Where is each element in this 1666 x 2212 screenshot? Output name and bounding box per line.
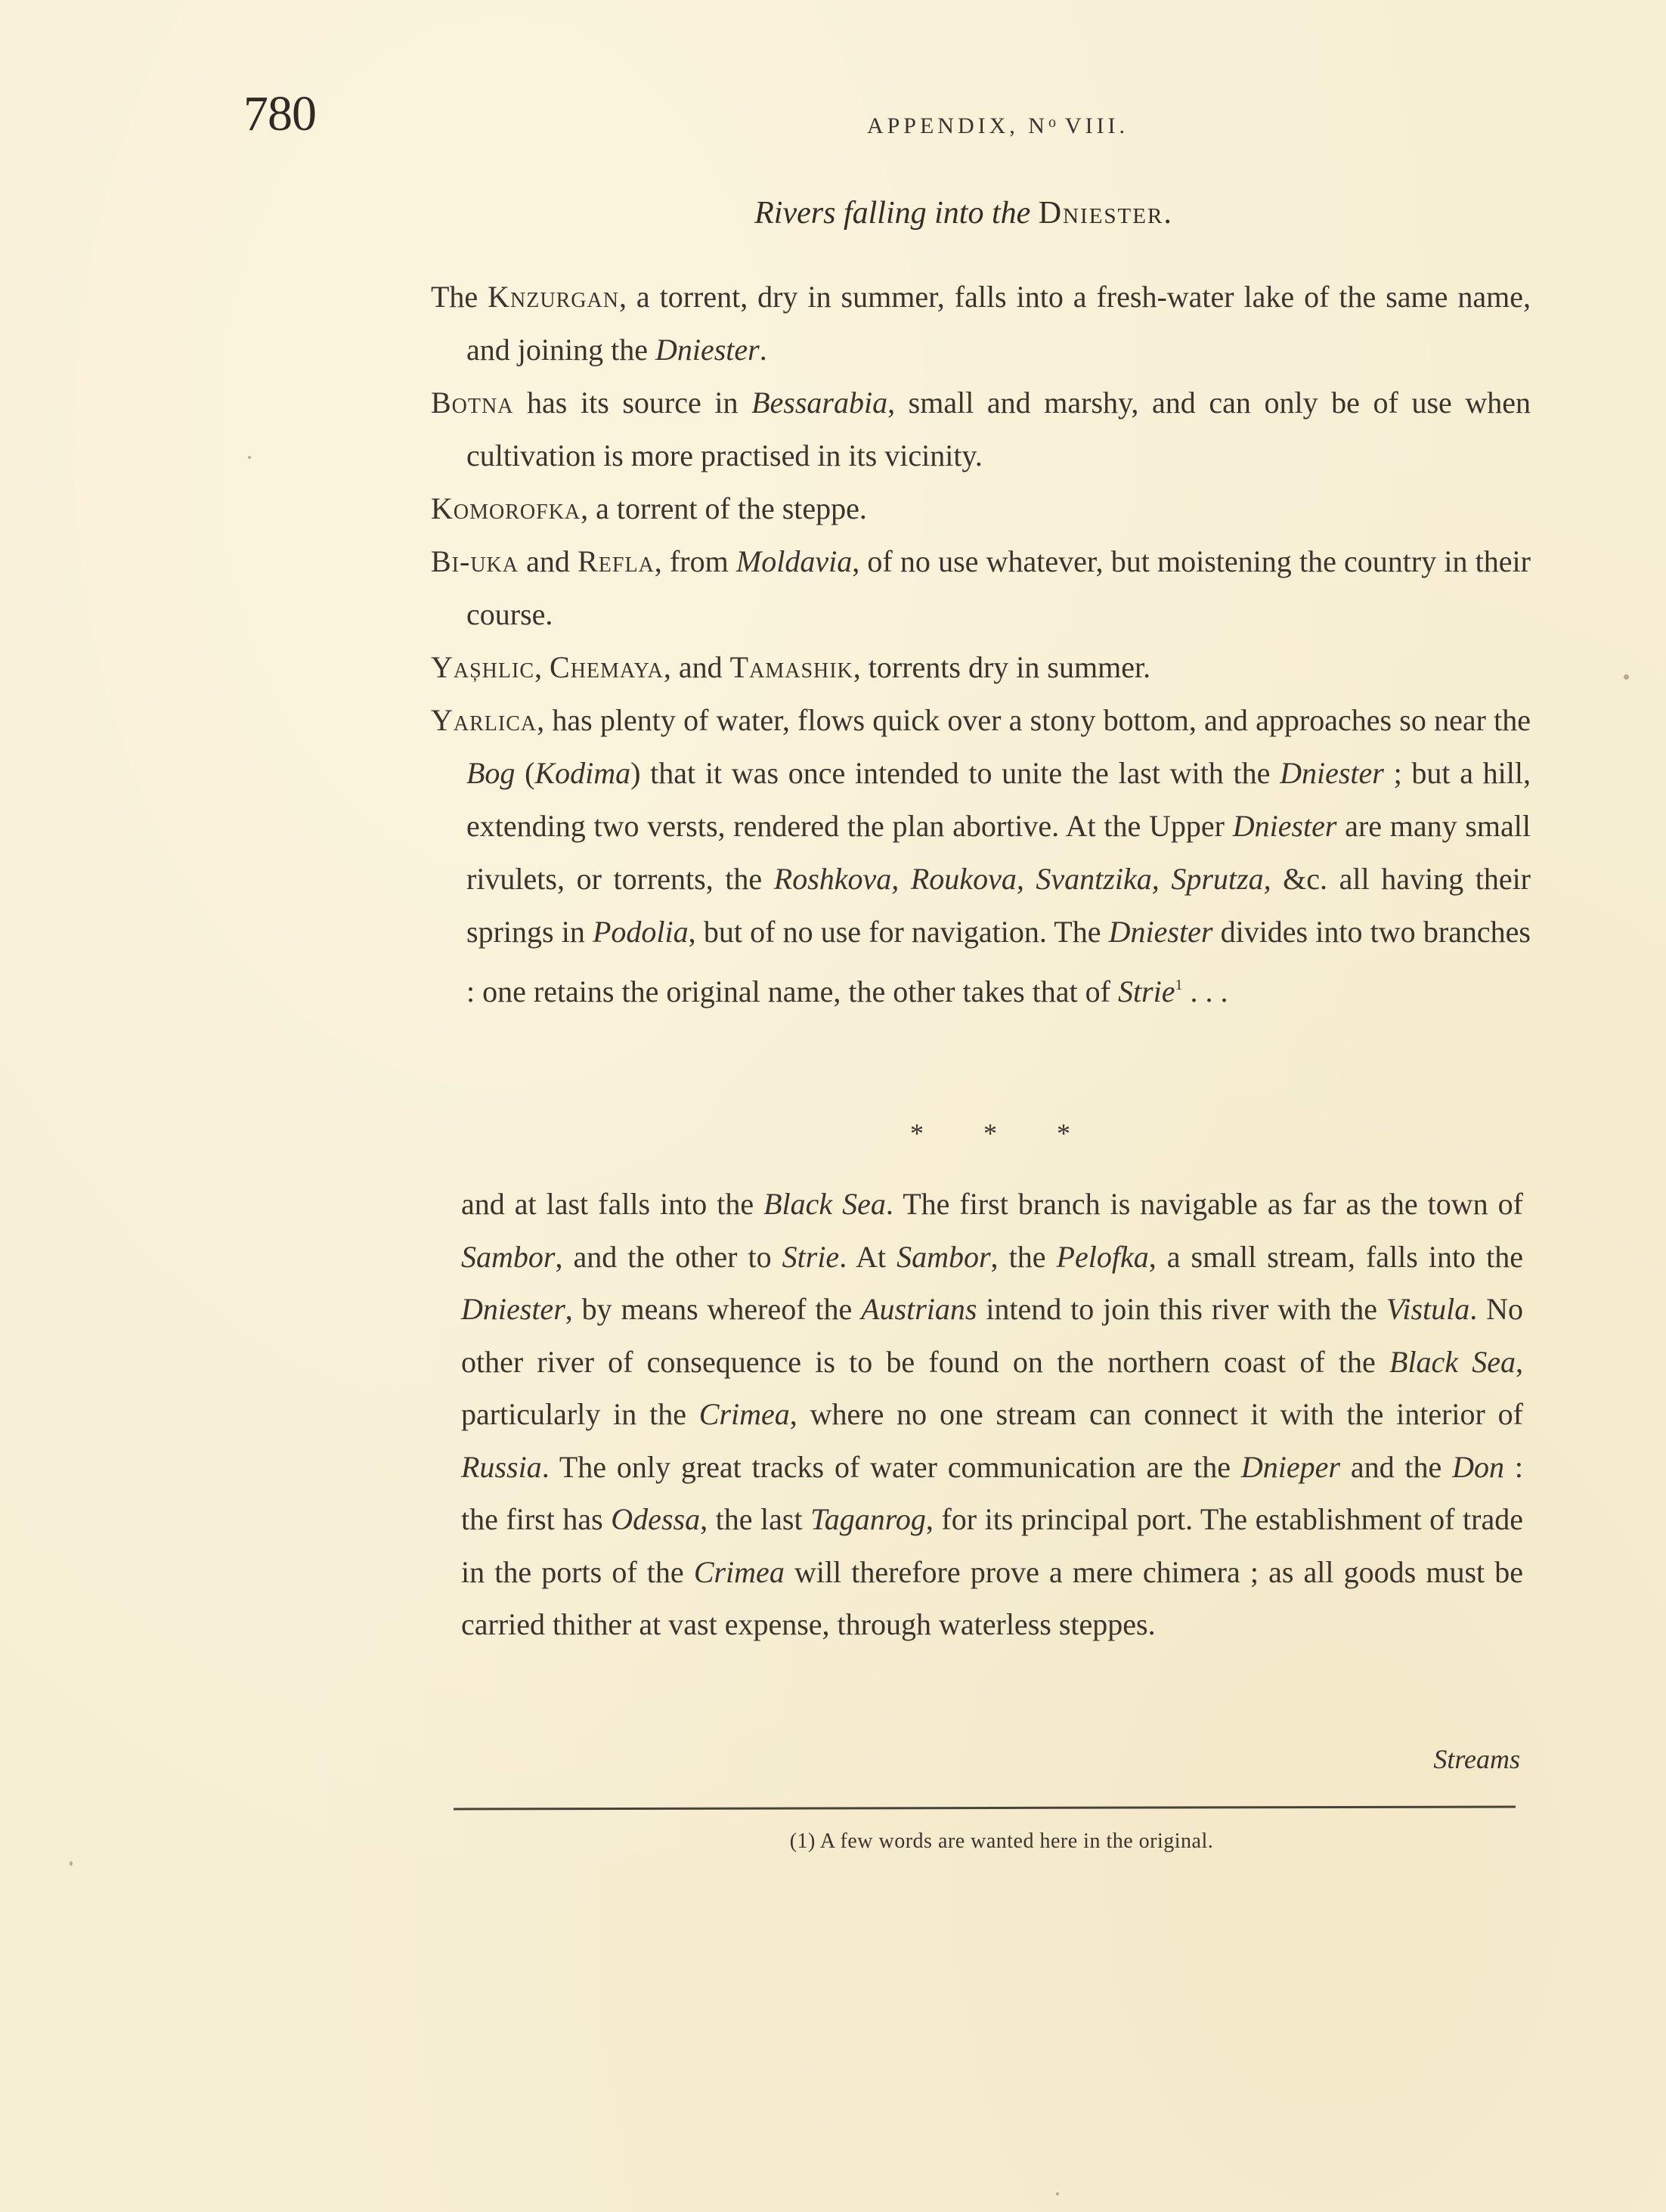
italic-name: Crimea xyxy=(699,1397,790,1431)
text-run: , but of no use for navigation. The xyxy=(689,915,1109,949)
italic-name: Odessa xyxy=(611,1502,700,1536)
italic-name: Moldavia xyxy=(736,544,852,578)
text-run: , from xyxy=(655,544,736,578)
italic-name: Roshkova, Roukova, Svantzika, Sprutza, xyxy=(774,862,1271,896)
text-run: , where no one stream can connect it wit… xyxy=(790,1397,1523,1431)
italic-name: Bog xyxy=(466,756,515,790)
paper-speck xyxy=(248,456,251,459)
river-name: Yașhlic xyxy=(431,650,534,684)
text-run: . xyxy=(760,333,767,367)
italic-name: Dniester xyxy=(1109,915,1213,949)
text-run: , a torrent, dry in summer, falls into a… xyxy=(466,280,1531,367)
text-run: has its source in xyxy=(513,386,751,420)
river-name: Knzurgan xyxy=(488,280,619,314)
river-entry: Komorofka, a torrent of the steppe. xyxy=(431,482,1531,535)
text-run: . At xyxy=(839,1240,896,1274)
river-entry: Yașhlic, Chemaya, and Tamashik, torrents… xyxy=(431,641,1531,694)
italic-name: Bessarabia xyxy=(751,386,887,420)
running-head-text: APPENDIX, N xyxy=(867,113,1048,138)
paper-speck xyxy=(1624,674,1629,680)
italic-name: Strie xyxy=(1118,974,1175,1008)
text-run: intend to join this river with the xyxy=(977,1292,1386,1326)
text-run: , has plenty of water, flows quick over … xyxy=(537,703,1531,737)
section-title-italic: Rivers falling into the xyxy=(754,196,1030,231)
river-entry: The Knzurgan, a torrent, dry in summer, … xyxy=(431,271,1531,376)
continuation-paragraph: and at last falls into the Black Sea. Th… xyxy=(461,1178,1523,1651)
italic-name: Pelofka xyxy=(1057,1240,1149,1274)
text-run: , the last xyxy=(700,1502,810,1536)
section-title: Rivers falling into the Dniester. xyxy=(0,195,1666,231)
text-run: ( xyxy=(515,756,534,790)
italic-name: Crimea xyxy=(694,1555,785,1589)
river-entry: Botna has its source in Bessarabia, smal… xyxy=(431,376,1531,482)
river-name: Bi-uka xyxy=(431,544,519,578)
river-name: Refla xyxy=(578,544,655,578)
italic-name: Austrians xyxy=(861,1292,977,1326)
text-run: and at last falls into the xyxy=(461,1187,763,1221)
river-name: Chemaya xyxy=(550,650,664,684)
italic-name: Strie xyxy=(782,1240,840,1274)
italic-name: Sambor xyxy=(461,1240,555,1274)
footnote-marker: (1) xyxy=(790,1829,816,1853)
italic-name: Black Sea xyxy=(763,1187,886,1221)
paper-speck xyxy=(70,1861,73,1866)
paper-speck xyxy=(1056,2192,1059,2195)
italic-name: Dniester xyxy=(655,333,760,367)
river-name: Tamashik xyxy=(730,650,853,684)
footnote: (1) A few words are wanted here in the o… xyxy=(0,1829,1666,1854)
text-run: , and the other to xyxy=(555,1240,782,1274)
river-entry: Yarlica, has plenty of water, flows quic… xyxy=(431,694,1531,1018)
italic-name: Sambor xyxy=(896,1240,990,1274)
text-run: , and xyxy=(664,650,730,684)
italic-name: Dniester xyxy=(1233,809,1337,843)
omission-asterisks: * * * xyxy=(0,1117,1666,1149)
running-head: APPENDIX, No VIII. xyxy=(0,113,1666,139)
running-head-superscript: o xyxy=(1048,114,1056,131)
text-run: , the xyxy=(991,1240,1057,1274)
text-run: , a torrent of the steppe. xyxy=(581,491,867,525)
italic-name: Kodima xyxy=(534,756,630,790)
italic-name: Dniester xyxy=(1280,756,1384,790)
text-run: . The first branch is navigable as far a… xyxy=(886,1187,1523,1221)
italic-name: Dniester xyxy=(461,1292,565,1326)
text-run: . . . xyxy=(1182,974,1228,1008)
section-title-river: Dniester. xyxy=(1039,196,1173,231)
running-head-suffix: VIII. xyxy=(1056,113,1129,138)
river-name: Komorofka xyxy=(431,491,581,525)
text-run: and xyxy=(519,544,578,578)
italic-name: Russia xyxy=(461,1450,542,1484)
text-run: ) that it was once intended to unite the… xyxy=(630,756,1280,790)
river-entry: Bi-uka and Refla, from Moldavia, of no u… xyxy=(431,535,1531,641)
italic-name: Vistula xyxy=(1386,1292,1469,1326)
river-name: Botna xyxy=(431,386,513,420)
footnote-reference: 1 xyxy=(1175,977,1182,993)
italic-name: Black Sea xyxy=(1389,1345,1516,1379)
catchword: Streams xyxy=(1433,1743,1520,1775)
text-run: , torrents dry in summer. xyxy=(853,650,1150,684)
italic-name: Taganrog xyxy=(810,1502,926,1536)
text-run: and the xyxy=(1340,1450,1452,1484)
river-entries: The Knzurgan, a torrent, dry in summer, … xyxy=(431,271,1531,1018)
text-run: , xyxy=(534,650,550,684)
text-run: , a small stream, falls into the xyxy=(1149,1240,1523,1274)
text-run: . The only great tracks of water communi… xyxy=(542,1450,1241,1484)
italic-name: Podolia xyxy=(593,915,689,949)
text-run: , by means whereof the xyxy=(565,1292,861,1326)
footnote-text: A few words are wanted here in the origi… xyxy=(820,1829,1213,1853)
text-run: The xyxy=(431,280,488,314)
italic-name: Don xyxy=(1452,1450,1504,1484)
river-name: Yarlica xyxy=(431,703,537,737)
italic-name: Dnieper xyxy=(1241,1450,1340,1484)
